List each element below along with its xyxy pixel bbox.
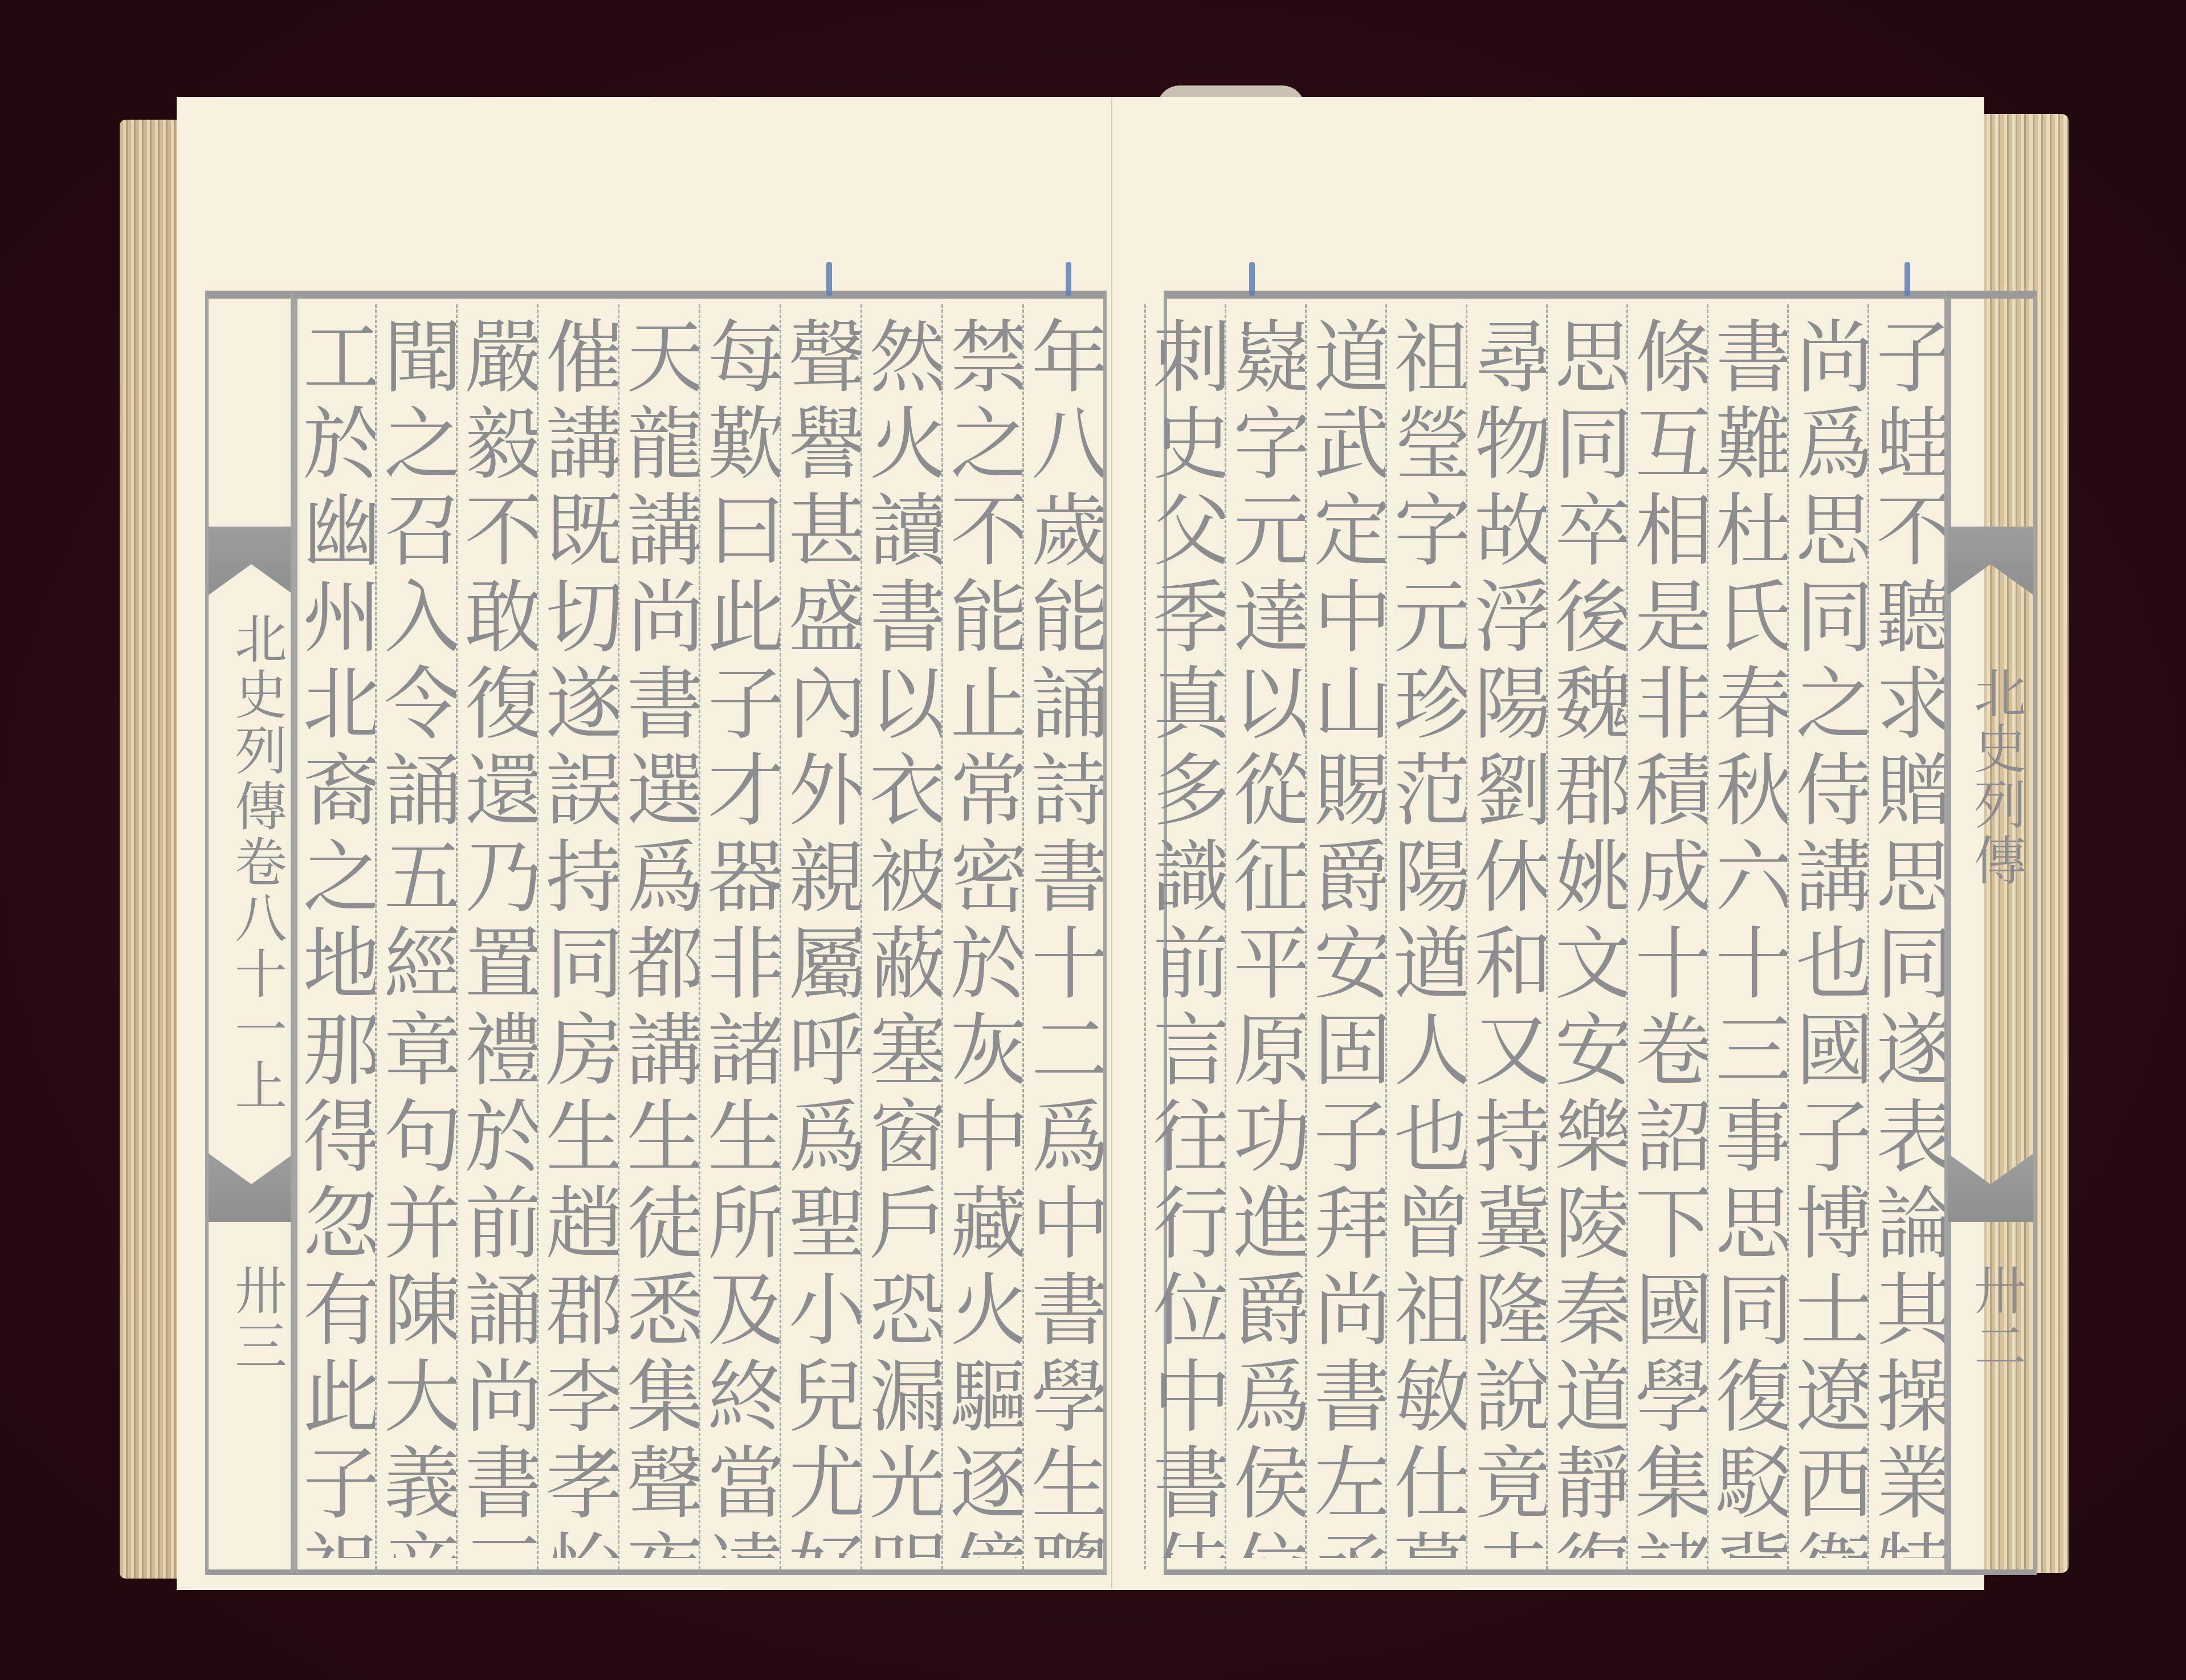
text-column: 子蛙不聽求贈思同遂表論其操業特蒙贈諡論曰文 [1867,304,1948,1569]
left-margin-title: 北史列傳卷八十一上 [209,606,294,1119]
fish-tail-bottom-icon [1948,1153,2033,1222]
annotation-mark [826,262,832,296]
open-book: 北史列傳卷八十一上 卅三 年八歲能誦詩書十二爲中書學生聰敏夙成其後 禁之不能止常… [120,97,2069,1601]
annotation-mark [1904,262,1910,296]
text-column: 祖瑩字元珍范陽遒人也曾祖敏仕慕容垂爲平原太守 [1385,304,1466,1569]
left-page-number: 卅三 [209,1233,294,1404]
text-column: 禁之不能止常密於灰中藏火驅逐僮僕父母寢睡之後 [941,304,1022,1569]
left-margin-column: 北史列傳卷八十一上 卅三 [205,291,297,1575]
right-page: 子蛙不聽求贈思同遂表論其操業特蒙贈諡論曰文 尚爲思同之侍講也國子博士遼西衛冀隆精… [1112,97,1984,1590]
fish-tail-bottom-icon [209,1153,294,1222]
text-column: 道武定中山賜爵安固子拜尚書左丞卒贈并州刺史祖 [1305,304,1385,1569]
right-margin-title: 北史列傳 [1948,606,2033,948]
right-text-frame: 子蛙不聽求贈思同遂表論其操業特蒙贈諡論曰文 尚爲思同之侍講也國子博士遼西衛冀隆精… [1164,291,1951,1575]
text-column: 催講既切遂誤持同房生趙郡李孝怡曲禮卷上座博士 [537,304,618,1569]
right-margin-column: 北史列傳 卅二 [1944,291,2037,1575]
fish-tail-top-icon [209,527,294,595]
text-column: 工於幽州北裔之地那得忽有此子祖對曰當是才爲世 [294,304,375,1569]
right-page-number: 卅二 [1948,1233,2033,1404]
annotation-mark [1066,262,1071,296]
page-edges-left [120,120,182,1579]
text-column: 刺史父季真多識前言往行位中書侍郎鉅鹿太守瑩 [1144,304,1225,1569]
text-column: 然火讀書以衣被蔽塞窗戶恐漏光明爲家人所覺由是 [860,304,941,1569]
annotation-mark [1249,262,1255,296]
text-column: 尚爲思同之侍講也國子博士遼西衛冀隆精服氏學上 [1787,304,1867,1569]
text-column: 聞之召入令誦五經章句并陳大義帝嘆息曰昔流共 [375,304,456,1569]
text-column: 每歎曰此子才器非諸生所及終當遠至時中書博士張 [699,304,780,1569]
text-column: 年八歲能誦詩書十二爲中書學生聰敏夙成其後 [1022,304,1103,1569]
text-column: 尋物故浮陽劉休和又持冀隆說竟未能裁正 [1466,304,1546,1569]
text-column: 條互相是非積成十卷詔下國學集諸儒考之事未竟而 [1626,304,1707,1569]
right-columns: 子蛙不聽求贈思同遂表論其操業特蒙贈諡論曰文 尚爲思同之侍講也國子博士遼西衛冀隆精… [1167,304,1948,1569]
text-column: 思同卒後魏郡姚文安樂陵秦道靜復述思同意冀隆亦 [1546,304,1626,1569]
text-column: 聲譽甚盛內外親屬呼爲聖小兒尤好禮文中書監高允 [780,304,860,1569]
text-column: 嶷字元達以從征平原功進爵爲侯位馮翊太守贈幽州 [1225,304,1305,1569]
text-column: 天龍講尚書選爲都講生徒悉集聲夜讀勞倦不覺天曉 [618,304,699,1569]
left-columns: 年八歲能誦詩書十二爲中書學生聰敏夙成其後 禁之不能止常密於灰中藏火驅逐僮僕父母寢… [294,304,1103,1569]
text-column: 書難杜氏春秋六十三事思同復駁冀隆乖錯者十餘 [1707,304,1787,1569]
left-text-frame: 年八歲能誦詩書十二爲中書學生聰敏夙成其後 禁之不能止常密於灰中藏火驅逐僮僕父母寢… [291,291,1107,1575]
text-column: 嚴毅不敢復還乃置禮於前誦尚書三篇不遺一字孝文 [456,304,537,1569]
left-page: 北史列傳卷八十一上 卅三 年八歲能誦詩書十二爲中書學生聰敏夙成其後 禁之不能止常… [177,97,1112,1590]
fish-tail-top-icon [1948,527,2033,595]
